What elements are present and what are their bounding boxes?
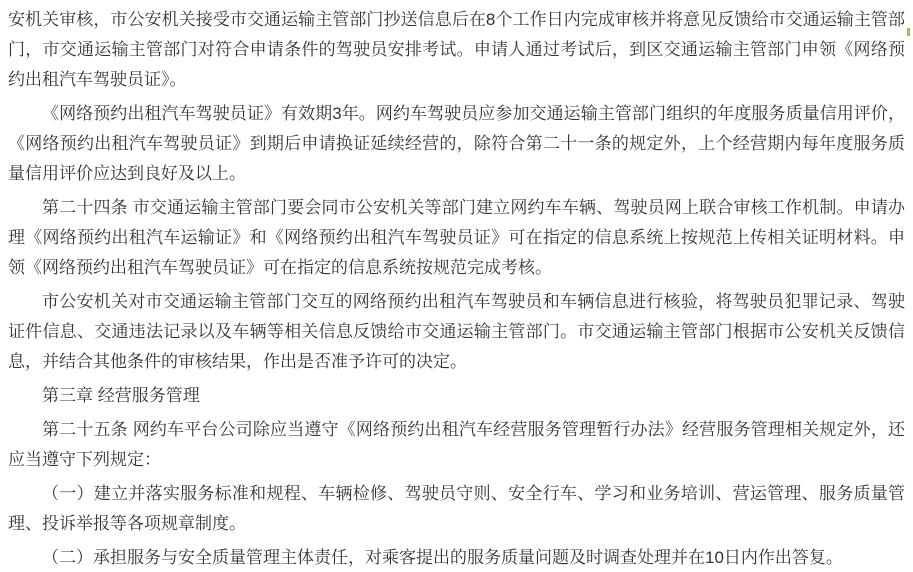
- paragraph: 市公安机关对市交通运输主管部门交互的网络预约出租汽车驾驶员和车辆信息进行核验，将…: [8, 287, 905, 377]
- paragraph: （一）建立并落实服务标准和规程、车辆检修、驾驶员守则、安全行车、学习和业务培训、…: [8, 479, 905, 539]
- paragraph: 第二十四条 市交通运输主管部门要会同市公安机关等部门建立网约车车辆、驾驶员网上联…: [8, 193, 905, 283]
- document-page: 安机关审核，市公安机关接受市交通运输主管部门抄送信息后在8个工作日内完成审核并将…: [0, 0, 913, 572]
- paragraph: 安机关审核，市公安机关接受市交通运输主管部门抄送信息后在8个工作日内完成审核并将…: [8, 5, 905, 95]
- paragraph: 第二十五条 网约车平台公司除应当遵守《网络预约出租汽车经营服务管理暂行办法》经营…: [8, 415, 905, 475]
- paragraph: 《网络预约出租汽车驾驶员证》有效期3年。网约车驾驶员应参加交通运输主管部门组织的…: [8, 99, 905, 189]
- edge-mark: [907, 28, 910, 36]
- chapter-heading: 第三章 经营服务管理: [8, 381, 905, 411]
- paragraph: （二）承担服务与安全质量管理主体责任，对乘客提出的服务质量问题及时调查处理并在1…: [8, 543, 905, 572]
